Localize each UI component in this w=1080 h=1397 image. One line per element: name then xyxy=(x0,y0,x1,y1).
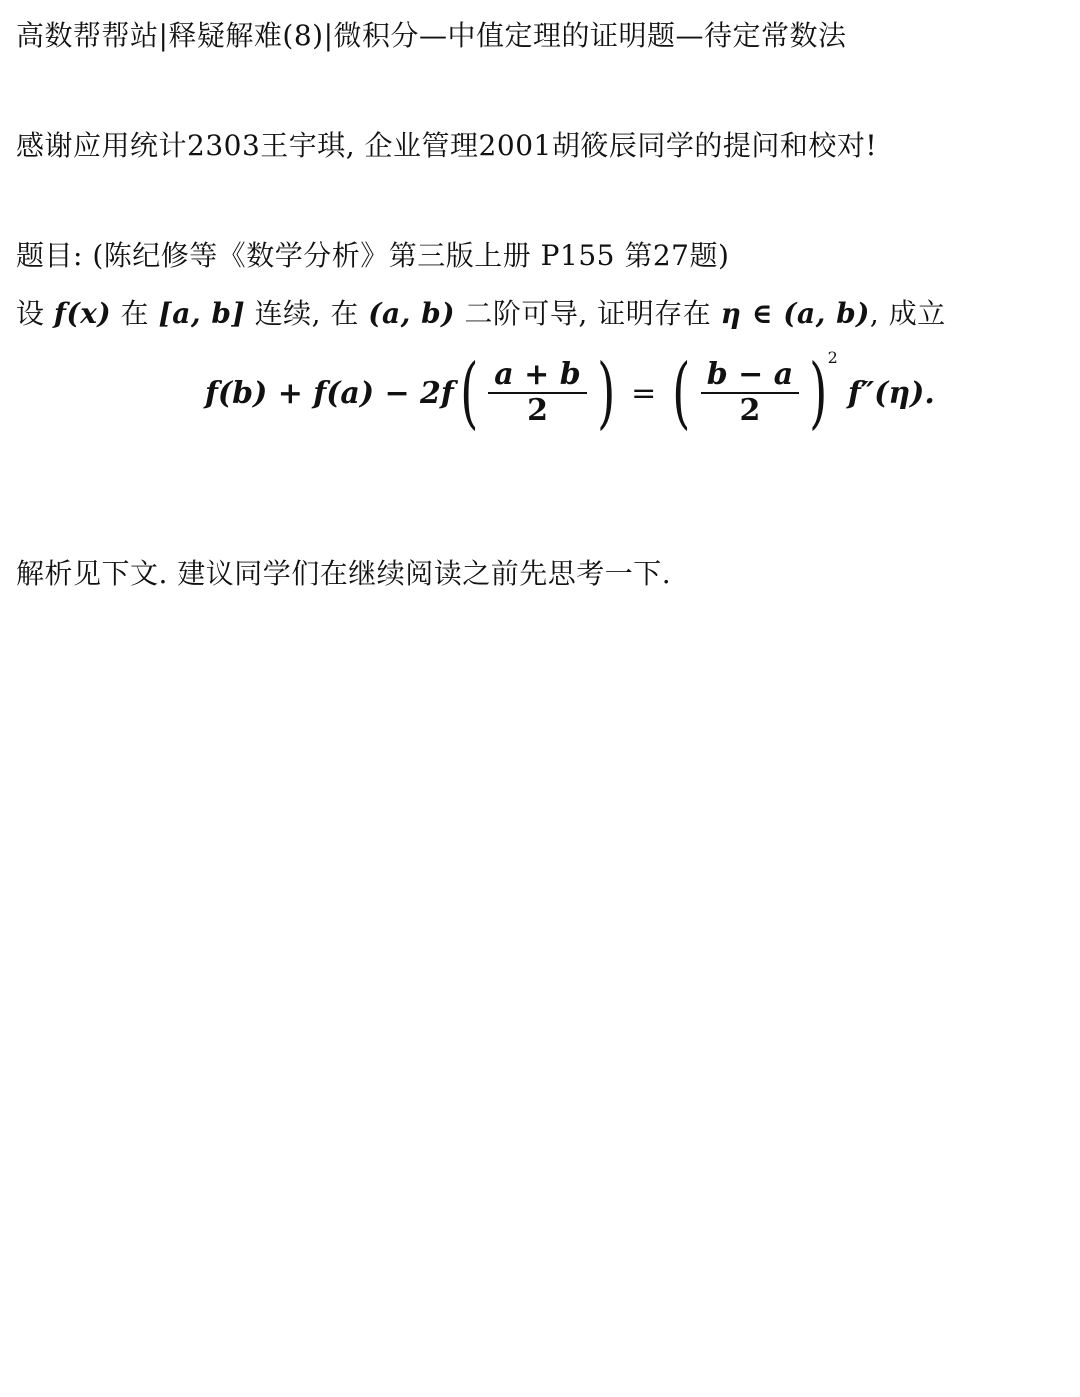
acknowledgement-text: 感谢应用统计2303王宇琪, 企业管理2001胡筱辰同学的提问和校对! xyxy=(16,126,877,166)
statement-text: , 成立 xyxy=(870,297,946,330)
left-paren: ( xyxy=(460,348,478,438)
math-eta-in-interval: η ∈ (a, b) xyxy=(721,297,870,330)
statement-text: 在 xyxy=(111,297,158,330)
math-open-interval: (a, b) xyxy=(368,297,455,330)
statement-text: 二阶可导, 证明存在 xyxy=(455,297,721,330)
problem-source: 题目: (陈纪修等《数学分析》第三版上册 P155 第27题) xyxy=(16,236,729,276)
statement-text: 连续, 在 xyxy=(245,297,368,330)
formula-rhs: f″(η). xyxy=(848,376,935,411)
fraction-numerator: a + b xyxy=(488,358,586,392)
display-formula: f(b) + f(a) − 2f ( a + b 2 ) = ( b − a 2… xyxy=(205,348,935,438)
math-closed-interval: [a, b] xyxy=(158,297,245,330)
problem-statement: 设 f(x) 在 [a, b] 连续, 在 (a, b) 二阶可导, 证明存在 … xyxy=(16,294,946,334)
exponent: 2 xyxy=(828,348,838,367)
fraction-denominator: 2 xyxy=(521,394,554,428)
statement-text: 设 xyxy=(16,297,54,330)
right-paren: ) xyxy=(809,348,827,438)
left-paren: ( xyxy=(672,348,690,438)
fraction-a-plus-b-over-2: a + b 2 xyxy=(488,358,586,428)
right-paren: ) xyxy=(597,348,615,438)
math-fx: f(x) xyxy=(54,297,111,330)
fraction-numerator: b − a xyxy=(701,358,799,392)
equals-sign: = xyxy=(631,376,656,411)
hint-text: 解析见下文. 建议同学们在继续阅读之前先思考一下. xyxy=(16,554,671,594)
article-title: 高数帮帮站|释疑解难(8)|微积分—中值定理的证明题—待定常数法 xyxy=(16,16,847,56)
formula-lhs: f(b) + f(a) − 2f xyxy=(205,376,454,411)
fraction-b-minus-a-over-2: b − a 2 xyxy=(701,358,799,428)
fraction-denominator: 2 xyxy=(734,394,767,428)
